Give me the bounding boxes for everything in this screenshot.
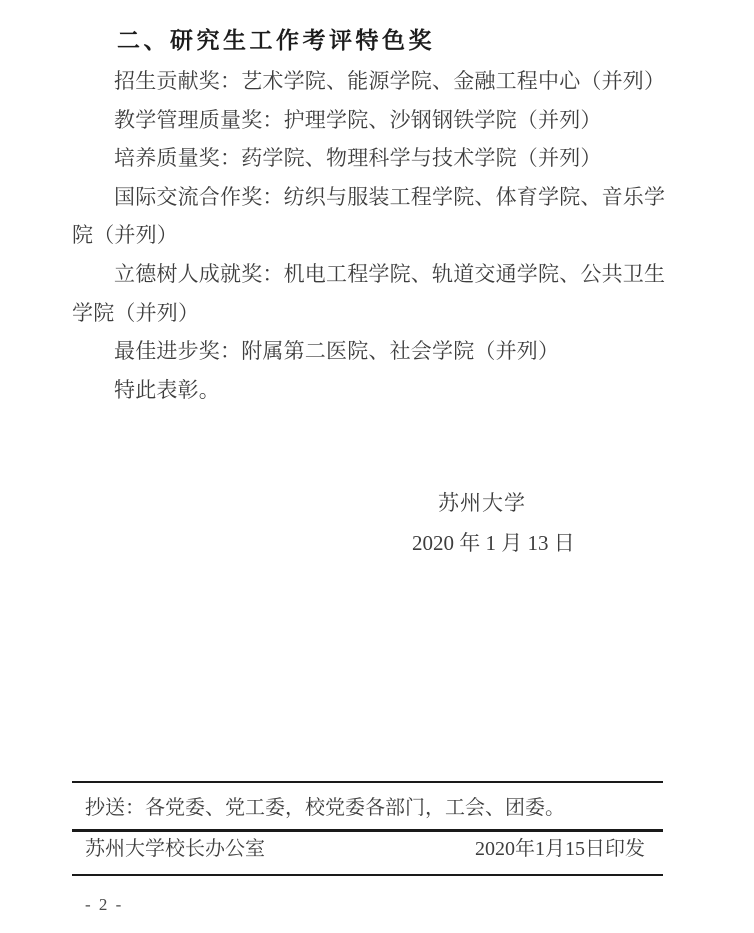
body-line: 院（并列） — [72, 216, 663, 255]
footer-issuer: 苏州大学校长办公室 — [85, 838, 265, 861]
body-line: 招生贡献奖：艺术学院、能源学院、金融工程中心（并列） — [72, 62, 663, 101]
page-number: - 2 - — [85, 895, 123, 915]
footer-issuer-row: 苏州大学校长办公室 2020年1月15日印发 — [72, 838, 663, 861]
footer-print-date: 2020年1月15日印发 — [475, 838, 645, 861]
body-line: 特此表彰。 — [72, 371, 663, 410]
section-heading: 二、研究生工作考评特色奖 — [117, 27, 435, 53]
footer-cc-line: 抄送：各党委、党工委，校党委各部门，工会、团委。 — [72, 797, 663, 820]
body-line: 国际交流合作奖：纺织与服装工程学院、体育学院、音乐学 — [72, 178, 663, 217]
body-line: 学院（并列） — [72, 294, 663, 333]
document-page: 二、研究生工作考评特色奖 招生贡献奖：艺术学院、能源学院、金融工程中心（并列）教… — [0, 0, 754, 933]
footer-rule-middle — [72, 829, 663, 832]
body-line: 立德树人成就奖：机电工程学院、轨道交通学院、公共卫生 — [72, 255, 663, 294]
body-line: 培养质量奖：药学院、物理科学与技术学院（并列） — [72, 139, 663, 178]
body-line: 教学管理质量奖：护理学院、沙钢钢铁学院（并列） — [72, 101, 663, 140]
body-line: 最佳进步奖：附属第二医院、社会学院（并列） — [72, 332, 663, 371]
footer-rule-top — [72, 781, 663, 783]
footer-rule-bottom — [72, 874, 663, 876]
signature-org: 苏州大学 — [438, 491, 526, 515]
body-lines: 招生贡献奖：艺术学院、能源学院、金融工程中心（并列）教学管理质量奖：护理学院、沙… — [72, 62, 663, 409]
signature-date: 2020 年 1 月 13 日 — [412, 531, 575, 555]
